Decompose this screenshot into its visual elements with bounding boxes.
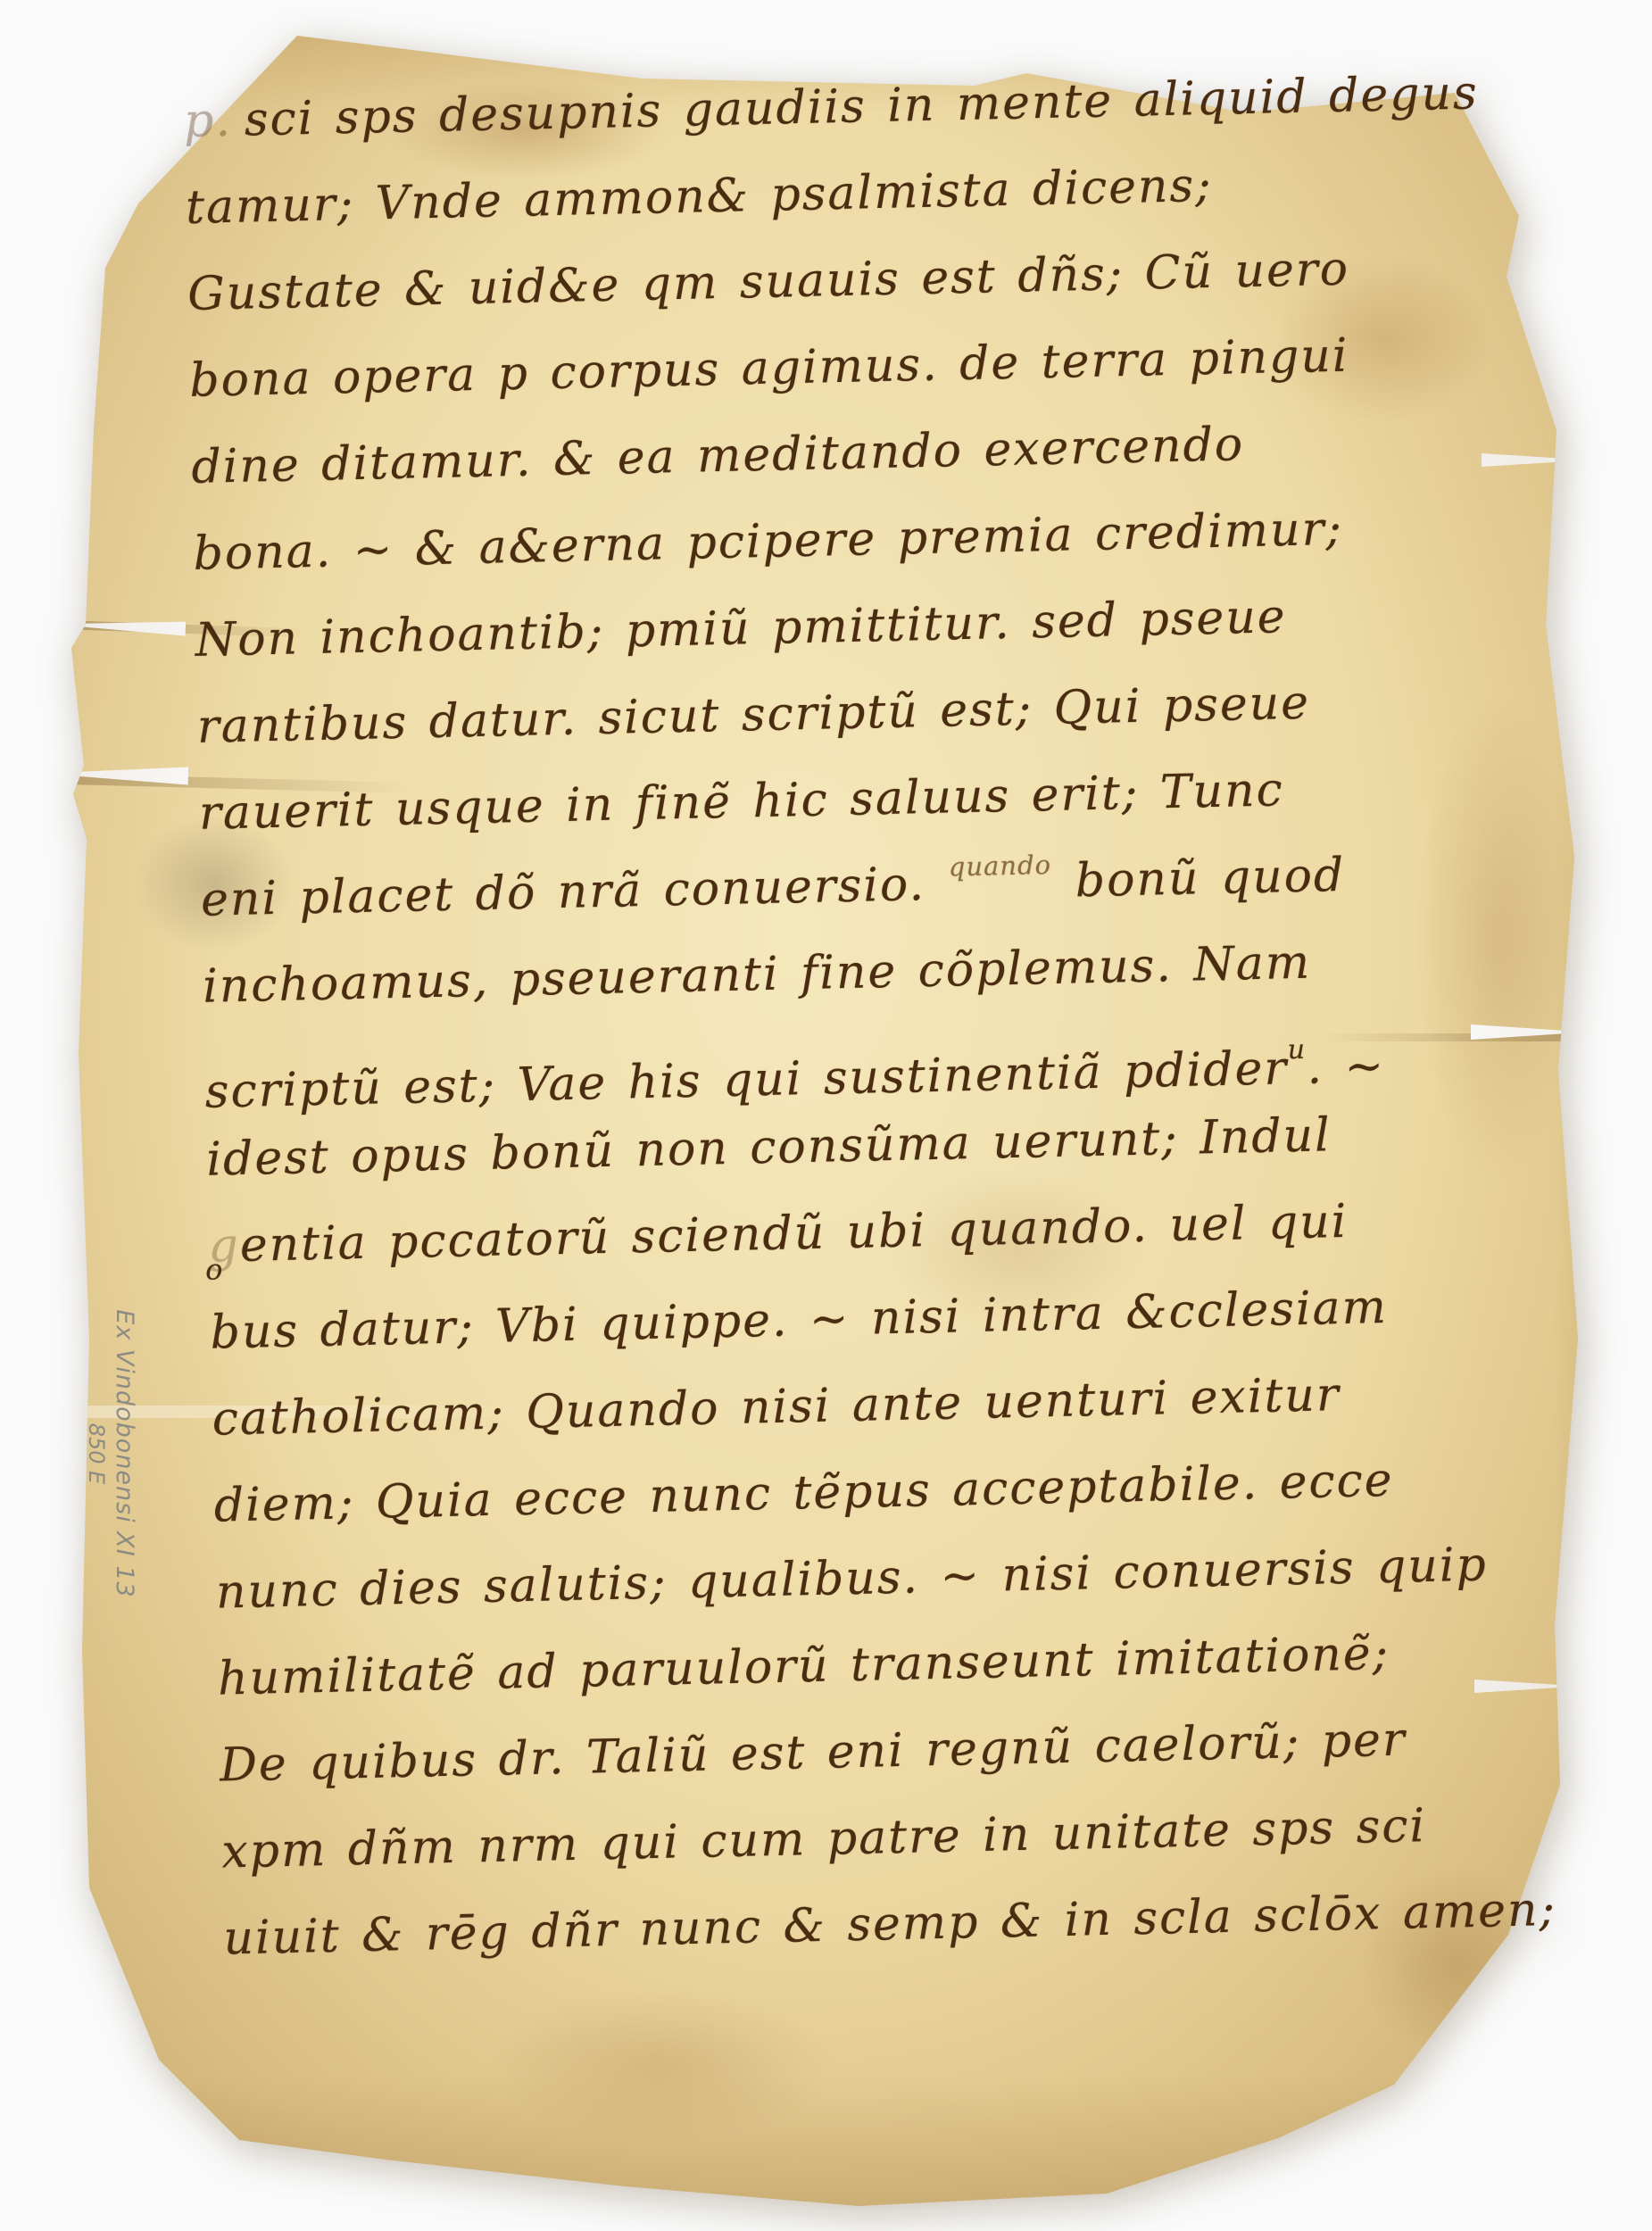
shelfmark-note: Ex Vindobonensi XI 13 850 E (72, 1248, 138, 1659)
tear-mark (52, 617, 186, 635)
parchment-leaf-wrapper: p.sci sps desupnis gaudiis in mente aliq… (0, 0, 1652, 2231)
text-block: p.sci sps desupnis gaudiis in mente aliq… (183, 49, 1581, 1983)
tear-mark (41, 765, 188, 785)
interlinear-gloss: quando (924, 821, 1075, 911)
shelfmark-line-1: Ex Vindobonensi XI 13 (111, 1248, 138, 1659)
sub-correction-letter: o (205, 1255, 225, 1283)
shelfmark-line-2: 850 E (84, 1248, 109, 1659)
photo-background: p.sci sps desupnis gaudiis in mente aliq… (0, 0, 1652, 2231)
stain-mark (428, 1963, 892, 2169)
faint-lead-mark: p. (183, 94, 232, 148)
superscript-letter: u (1287, 1034, 1307, 1066)
